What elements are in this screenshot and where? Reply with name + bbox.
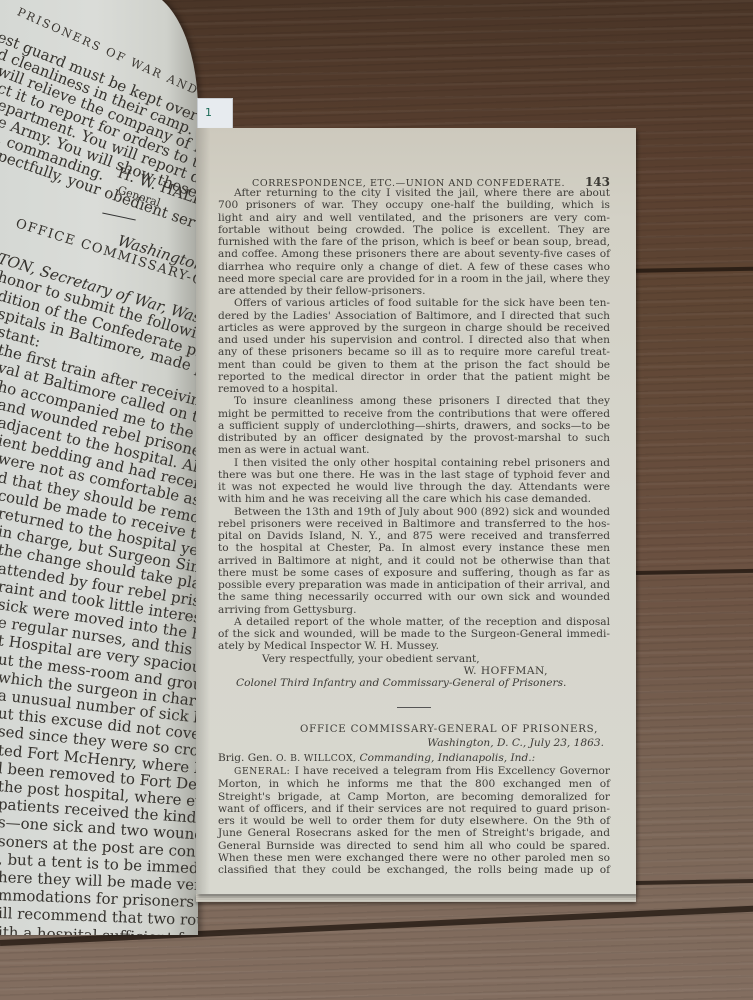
text-line: Offers of various articles of food suita… xyxy=(218,297,610,309)
text-line: A detailed report of the whole matter, o… xyxy=(218,616,610,628)
signature-name: W. HOFFMAN, xyxy=(218,665,610,677)
page-body: After returning to the city I visited th… xyxy=(218,187,610,876)
text-line: a sufficient supply of underclothing—shi… xyxy=(218,420,610,432)
paragraph: GENERAL: I have received a telegram from… xyxy=(218,765,610,876)
text-line: pital on Davids Island, N. Y., and 875 w… xyxy=(218,530,610,542)
letter-heading: OFFICE COMMISSARY-GENERAL OF PRISONERS, xyxy=(218,724,610,736)
text-line: light and airy and well ventilated, and … xyxy=(218,212,610,224)
text-line: I then visited the only other hospital c… xyxy=(218,457,610,469)
text-line: When these men were exchanged there were… xyxy=(218,852,610,864)
text-line: it was not expected he would live throug… xyxy=(218,481,610,493)
text-line: might be permitted to receive from the c… xyxy=(218,408,610,420)
text-line: want of officers, and if their services … xyxy=(218,803,610,815)
letter-place-date: Washington, D. C., July 23, 1863. xyxy=(218,737,610,749)
section-divider-rule xyxy=(397,707,431,708)
text-line: ment than could be given to them at the … xyxy=(218,359,610,371)
text-line: Morton, in which he informs me that the … xyxy=(218,778,610,790)
paragraph: I then visited the only other hospital c… xyxy=(218,457,610,506)
salutation: GENERAL: xyxy=(234,766,295,777)
signature-title: Colonel Third Infantry and Commissary-Ge… xyxy=(218,677,610,689)
text-line: arriving from Gettysburg. xyxy=(218,604,610,616)
text-line: and coffee. Among these prisoners there … xyxy=(218,248,610,260)
text-line: furnished with the fare of the prison, w… xyxy=(218,236,610,248)
text-line: with him and he was receiving all the ca… xyxy=(218,493,610,505)
text-line: any of these prisoners became so ill as … xyxy=(218,346,610,358)
text-line: dered by the Ladies' Association of Balt… xyxy=(218,310,610,322)
text-line: diarrhea who require only a change of di… xyxy=(218,261,610,273)
text-line: ers it would be well to order them for d… xyxy=(218,815,610,827)
text-line: the same thing necessarily occurred with… xyxy=(218,591,610,603)
text-line: reported to the medical director in orde… xyxy=(218,371,610,383)
text-line: and used under his supervision and contr… xyxy=(218,334,610,346)
letter-addressee: Brig. Gen. O. B. WILLCOX, Commanding, In… xyxy=(218,752,610,765)
text-line: removed to a hospital. xyxy=(218,383,610,395)
text-line: are attended by their fellow-prisoners. xyxy=(218,285,610,297)
paragraph: To insure cleanliness among these prison… xyxy=(218,395,610,456)
text-line: 700 prisoners of war. They occupy one-ha… xyxy=(218,199,610,211)
paragraph: Offers of various articles of food suita… xyxy=(218,297,610,395)
left-book-page: PRISONERS OF WAR AND STATE, ETC. est gua… xyxy=(0,0,198,935)
right-book-page: CORRESPONDENCE, ETC.—UNION AND CONFEDERA… xyxy=(196,128,636,894)
text-line: there must be some cases of exposure and… xyxy=(218,567,610,579)
text-line: General Burnside was directed to send hi… xyxy=(218,840,610,852)
text-line: Between the 13th and 19th of July about … xyxy=(218,506,610,518)
text-line: rebel prisoners were received in Baltimo… xyxy=(218,518,610,530)
text-line: To insure cleanliness among these prison… xyxy=(218,395,610,407)
text-line: distributed by an officer designated by … xyxy=(218,432,610,444)
closing-line: Very respectfully, your obedient servant… xyxy=(218,653,610,665)
text-line: of the sick and wounded, will be made to… xyxy=(218,628,610,640)
bookmark-mark: 1 xyxy=(205,106,212,119)
text-line: classified that they could be exchanged,… xyxy=(218,864,610,876)
text-line: possible every preparation was made in a… xyxy=(218,579,610,591)
text-line: men as were in actual want. xyxy=(218,444,610,456)
text-line: GENERAL: I have received a telegram from… xyxy=(218,765,610,778)
text-line: After returning to the city I visited th… xyxy=(218,187,610,199)
text-line: there was but one there. He was in the l… xyxy=(218,469,610,481)
paragraph: Between the 13th and 19th of July about … xyxy=(218,506,610,616)
text-line: articles as were approved by the surgeon… xyxy=(218,322,610,334)
text-line: ately by Medical Inspector W. H. Mussey. xyxy=(218,640,610,652)
text-line: arrived in Baltimore at night, and it co… xyxy=(218,555,610,567)
text-line: fortable without being crowded. The poli… xyxy=(218,224,610,236)
bookmark-tab: 1 xyxy=(197,98,233,130)
text-line: June General Rosecrans asked for the men… xyxy=(218,827,610,839)
page-edges xyxy=(196,894,636,902)
text-line: need more special care are provided for … xyxy=(218,273,610,285)
text-line: to the hospital at Chester, Pa. In almos… xyxy=(218,542,610,554)
section-divider-rule xyxy=(102,212,135,220)
paragraph: A detailed report of the whole matter, o… xyxy=(218,616,610,653)
paragraph: After returning to the city I visited th… xyxy=(218,187,610,297)
text-line: Streight's brigade, at Camp Morton, are … xyxy=(218,791,610,803)
